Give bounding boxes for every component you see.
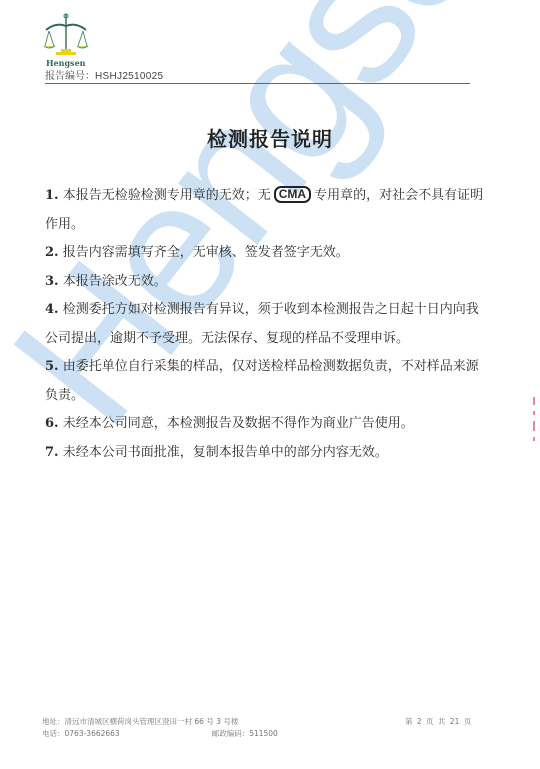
list-item: 7. 未经本公司书面批准，复制本报告单中的部分内容无效。 <box>45 439 485 468</box>
cma-badge-icon: CMA <box>274 186 311 203</box>
list-item: 6. 未经本公司同意，本检测报告及数据不得作为商业广告使用。 <box>45 410 485 439</box>
footer-address: 地址：清远市清城区横荷岗头管理区澄田一村 66 号 3 号楼 <box>42 716 278 728</box>
list-item: 1. 本报告无检验检测专用章的无效；无CMA专用章的，对社会不具有证明作用。 <box>45 182 485 239</box>
footer-zip: 邮政编码：511500 <box>212 728 278 740</box>
item-number: 7. <box>45 445 59 460</box>
item-number: 5. <box>45 359 59 374</box>
item-number: 1. <box>45 188 59 203</box>
list-item: 2. 报告内容需填写齐全，无审核、签发者签字无效。 <box>45 239 485 268</box>
item-text: 未经本公司同意，本检测报告及数据不得作为商业广告使用。 <box>63 416 414 431</box>
item-number: 3. <box>45 274 59 289</box>
report-number-label: 报告编号： <box>45 71 95 82</box>
page-title: 检测报告说明 <box>0 123 540 152</box>
item-text: 检测委托方如对检测报告有异议，须于收到本检测报告之日起十日内向我公司提出，逾期不… <box>45 302 479 346</box>
item-text: 本报告涂改无效。 <box>63 274 167 289</box>
page-number: 第 2 页 共 21 页 <box>405 716 471 727</box>
item-number: 2. <box>45 245 59 260</box>
footer-phone: 电话：0763-3662663 <box>42 728 120 740</box>
list-item: 3. 本报告涂改无效。 <box>45 268 485 297</box>
item-number: 4. <box>45 302 59 317</box>
item-number: 6. <box>45 416 59 431</box>
item-text: 未经本公司书面批准，复制本报告单中的部分内容无效。 <box>63 445 388 460</box>
report-number-value: HSHJ2510025 <box>95 71 163 82</box>
report-number: 报告编号：HSHJ2510025 <box>45 67 470 84</box>
footer: 地址：清远市清城区横荷岗头管理区澄田一村 66 号 3 号楼 电话：0763-3… <box>42 716 278 740</box>
list-item: 4. 检测委托方如对检测报告有异议，须于收到本检测报告之日起十日内向我公司提出，… <box>45 296 485 353</box>
item-text: 本报告无检验检测专用章的无效；无 <box>63 188 271 203</box>
seal-edge-marks <box>533 397 536 487</box>
notes-list: 1. 本报告无检验检测专用章的无效；无CMA专用章的，对社会不具有证明作用。 2… <box>45 182 485 467</box>
item-text: 报告内容需填写齐全，无审核、签发者签字无效。 <box>63 245 349 260</box>
item-text: 由委托单位自行采集的样品，仅对送检样品检测数据负责，不对样品来源负责。 <box>45 359 479 403</box>
list-item: 5. 由委托单位自行采集的样品，仅对送检样品检测数据负责，不对样品来源负责。 <box>45 353 485 410</box>
